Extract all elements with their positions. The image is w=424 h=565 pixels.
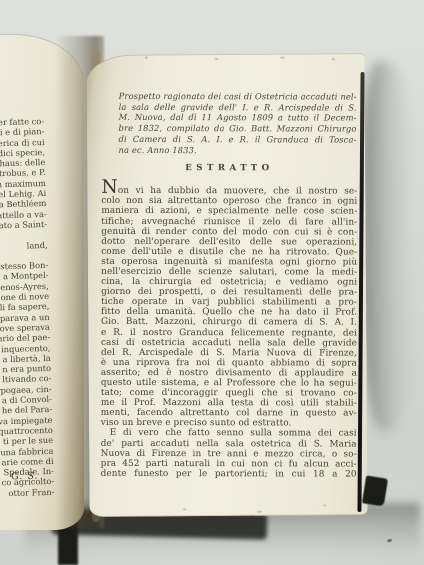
text-line: menti, facendo altrettanto col darne in … [101, 408, 357, 419]
text-line: Gio. Batt. Mazzoni, chirurgo di camera d… [101, 317, 357, 328]
text-line: cina, la chirurgia ed ostetricia; e vedi… [101, 277, 357, 288]
text-line: tifiche; avvegnaché riunisce il zelo di … [101, 216, 357, 227]
text-line: asserito; ed è nostro divisamento di app… [101, 368, 357, 379]
text-line: del R. Arcispedale di S. Maria Nuova di … [101, 348, 357, 359]
paragraph-2: E di vero che fatto senno sulla somma de… [101, 428, 357, 479]
text-line: de' parti accaduti nella sala ostetrica … [101, 438, 357, 449]
book-photo: aver fatte co-rali e di pian-erica di cu… [0, 0, 424, 565]
text-line: Nuova di Firenze in tre anni e mezzo cir… [101, 449, 357, 460]
text-line: dente funesto per le partorienti; in cui… [101, 469, 357, 480]
book-cover-corner [362, 475, 388, 506]
text-line: casi di ostetricia accaduti nella sala d… [101, 337, 357, 348]
right-page-text-block: Prospetto ragionato dei casi di Ostetric… [101, 91, 358, 480]
text-line: Non vi ha dubbio da muovere, che il nost… [101, 183, 357, 197]
text-line: maniera di azioni, e specialmente nelle … [101, 206, 357, 217]
text-line: genuità di render conto del modo con cui… [101, 226, 357, 237]
text-line: viso un breve e preciso sunto od estratt… [101, 418, 357, 429]
text-line: M. Nuova, dal dì 11 Agosto 1809 a tutto … [119, 112, 357, 123]
text-line: ottor Fran- [0, 487, 55, 501]
text-line: è una riprova fra noi di quanto abbiamo … [101, 358, 357, 369]
book-cast-shadow-right [360, 62, 418, 432]
text-line: nell'esercizio delle scienze salutari, c… [101, 267, 357, 278]
text-line: la sala delle gravide dell' I. e R. Arci… [119, 102, 357, 113]
left-page-text-column: aver fatte co-rali e di pian-erica di cu… [0, 116, 55, 500]
text-line: giorno dei prospetti, o dei resultamenti… [101, 287, 357, 298]
text-line: E di vero che fatto senno sulla somma de… [101, 428, 357, 439]
text-line: bre 1832, compilato da Gio. Batt. Mazzon… [119, 123, 357, 134]
text-line: dotto nell'operare dell'esito delle sue … [101, 237, 357, 248]
text-line: Prospetto ragionato dei casi di Ostetric… [119, 91, 357, 102]
section-title: ESTRATTO [101, 163, 357, 174]
text-line: pra 452 parti naturali in cui non ci fu … [101, 459, 357, 470]
text-line: sta operosa ingenuità si manifesta ogni … [101, 257, 357, 268]
text-line: na ec. Anno 1833. [118, 144, 356, 155]
paragraph-1: Non vi ha dubbio da muovere, che il nost… [101, 183, 358, 429]
text-line: di Camera di S. A. I. e R. il Granduca d… [119, 134, 357, 145]
right-page: Prospetto ragionato dei casi di Ostetric… [86, 53, 367, 517]
left-page-signature: G. S. [11, 471, 39, 483]
text-line: me il Prof. Mazzoni alla testa di così u… [101, 398, 357, 409]
text-line: questo utile sistema, e al Professore ch… [101, 378, 357, 389]
text-line: fitto della umanità. Quello che ne ha da… [101, 307, 357, 318]
text-line: e R. il nostro Granduca felicemente regn… [101, 327, 357, 338]
text-line: come dell'utile e disutile che ne ha rit… [101, 247, 357, 258]
text-line: colo non sia altrettanto operoso che fra… [101, 196, 357, 207]
chapter-heading: Prospetto ragionato dei casi di Ostetric… [118, 91, 356, 156]
